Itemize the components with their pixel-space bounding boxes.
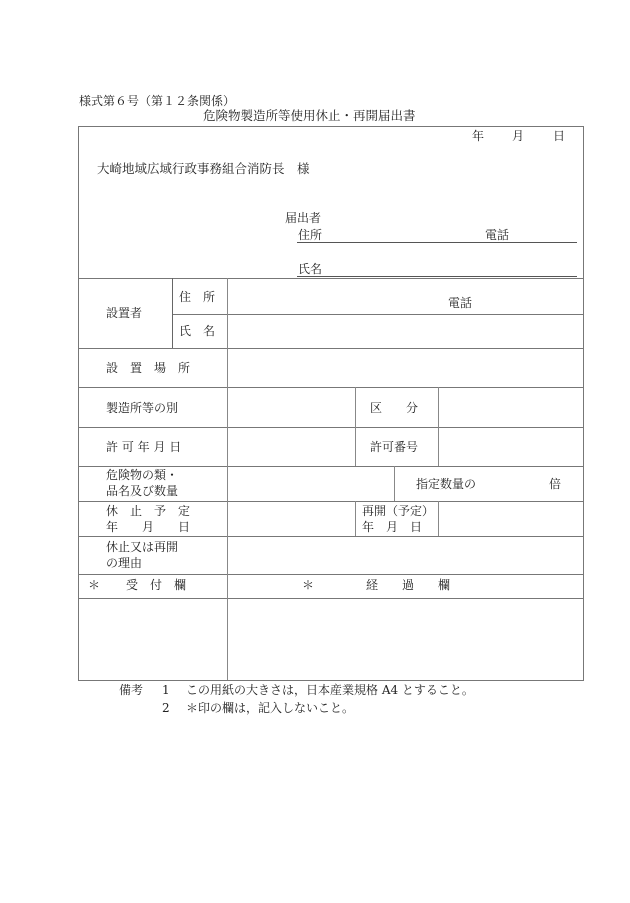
facility-type-label: 製造所等の別 (106, 402, 178, 414)
permit-number-field[interactable] (440, 429, 582, 465)
hazmat-label-line1: 危険物の類・ (106, 469, 178, 481)
suspend-date-label-line2: 年 月 日 (106, 521, 190, 533)
applicant-address-field[interactable] (330, 226, 480, 242)
resume-date-label-line2: 年 月 日 (362, 521, 422, 533)
applicant-phone-field[interactable] (512, 226, 576, 242)
designated-quantity-label: 指定数量の (416, 478, 476, 490)
divider (78, 427, 584, 428)
installer-address-label: 住 所 (179, 291, 215, 303)
installer-phone-label: 電話 (448, 297, 472, 309)
divider (78, 598, 584, 599)
remarks-label: 備考 (119, 684, 143, 696)
divider (355, 501, 356, 536)
suspend-date-field[interactable] (229, 503, 354, 535)
applicant-name-label: 氏名 (298, 263, 322, 275)
category-label: 区 分 (370, 402, 418, 414)
installer-label: 設置者 (106, 307, 142, 319)
divider (172, 278, 173, 348)
location-field[interactable] (229, 350, 582, 386)
installer-name-field[interactable] (229, 316, 582, 347)
resume-date-label-line1: 再開（予定） (362, 505, 434, 517)
remark-text: ＊印の欄は，記入しないこと。 (186, 702, 354, 714)
divider (227, 278, 228, 680)
divider (78, 536, 584, 537)
divider (172, 314, 584, 315)
divider (438, 387, 439, 466)
hazmat-label-line2: 品名及び数量 (106, 485, 178, 497)
category-field[interactable] (440, 389, 582, 426)
permit-number-label: 許可番号 (370, 441, 418, 453)
permit-date-label: 許 可 年 月 日 (106, 441, 181, 453)
progress-asterisk: ＊ (302, 579, 314, 591)
applicant-address-underline (297, 242, 577, 243)
installer-address-field[interactable] (229, 280, 439, 313)
applicant-name-field[interactable] (330, 260, 576, 276)
reception-label: 受 付 欄 (126, 579, 186, 591)
applicant-name-underline (297, 276, 577, 277)
divider (438, 501, 439, 536)
location-label: 設 置 場 所 (106, 362, 190, 374)
suspend-date-label-line1: 休 止 予 定 (106, 505, 190, 517)
reception-field (80, 600, 226, 679)
installer-name-label: 氏 名 (179, 325, 215, 337)
divider (78, 466, 584, 467)
date-day-label: 日 (553, 130, 565, 142)
reason-label-line2: の理由 (106, 557, 142, 569)
times-label: 倍 (549, 478, 561, 490)
installer-phone-field[interactable] (480, 280, 582, 313)
addressee: 大崎地域広域行政事務組合消防長 様 (97, 163, 310, 176)
designated-quantity-field[interactable] (485, 468, 545, 500)
remark-number: 1 (162, 684, 170, 696)
reason-field[interactable] (229, 538, 582, 573)
remark-number: 2 (162, 702, 170, 714)
applicant-address-label: 住所 (298, 229, 322, 241)
divider (394, 466, 395, 501)
applicant-label: 届出者 (285, 212, 321, 224)
applicant-phone-label: 電話 (485, 229, 509, 241)
form-number: 様式第６号（第１２条関係） (79, 95, 235, 107)
divider (355, 387, 356, 466)
facility-type-field[interactable] (229, 389, 354, 426)
progress-label: 経 過 欄 (366, 579, 450, 591)
document-title: 危険物製造所等使用休止・再開届出書 (203, 110, 416, 123)
date-year-label: 年 (472, 130, 484, 142)
remark-text: この用紙の大きさは，日本産業規格 A4 とすること。 (186, 684, 474, 696)
divider (78, 387, 584, 388)
reception-asterisk: ＊ (88, 579, 100, 591)
permit-date-field[interactable] (229, 429, 354, 465)
resume-date-field[interactable] (440, 503, 582, 535)
reason-label-line1: 休止又は再開 (106, 541, 178, 553)
divider (78, 348, 584, 349)
divider (78, 501, 584, 502)
progress-field (229, 600, 582, 679)
divider (78, 574, 584, 575)
divider (78, 278, 584, 279)
hazmat-field[interactable] (229, 468, 393, 500)
date-month-label: 月 (512, 130, 524, 142)
